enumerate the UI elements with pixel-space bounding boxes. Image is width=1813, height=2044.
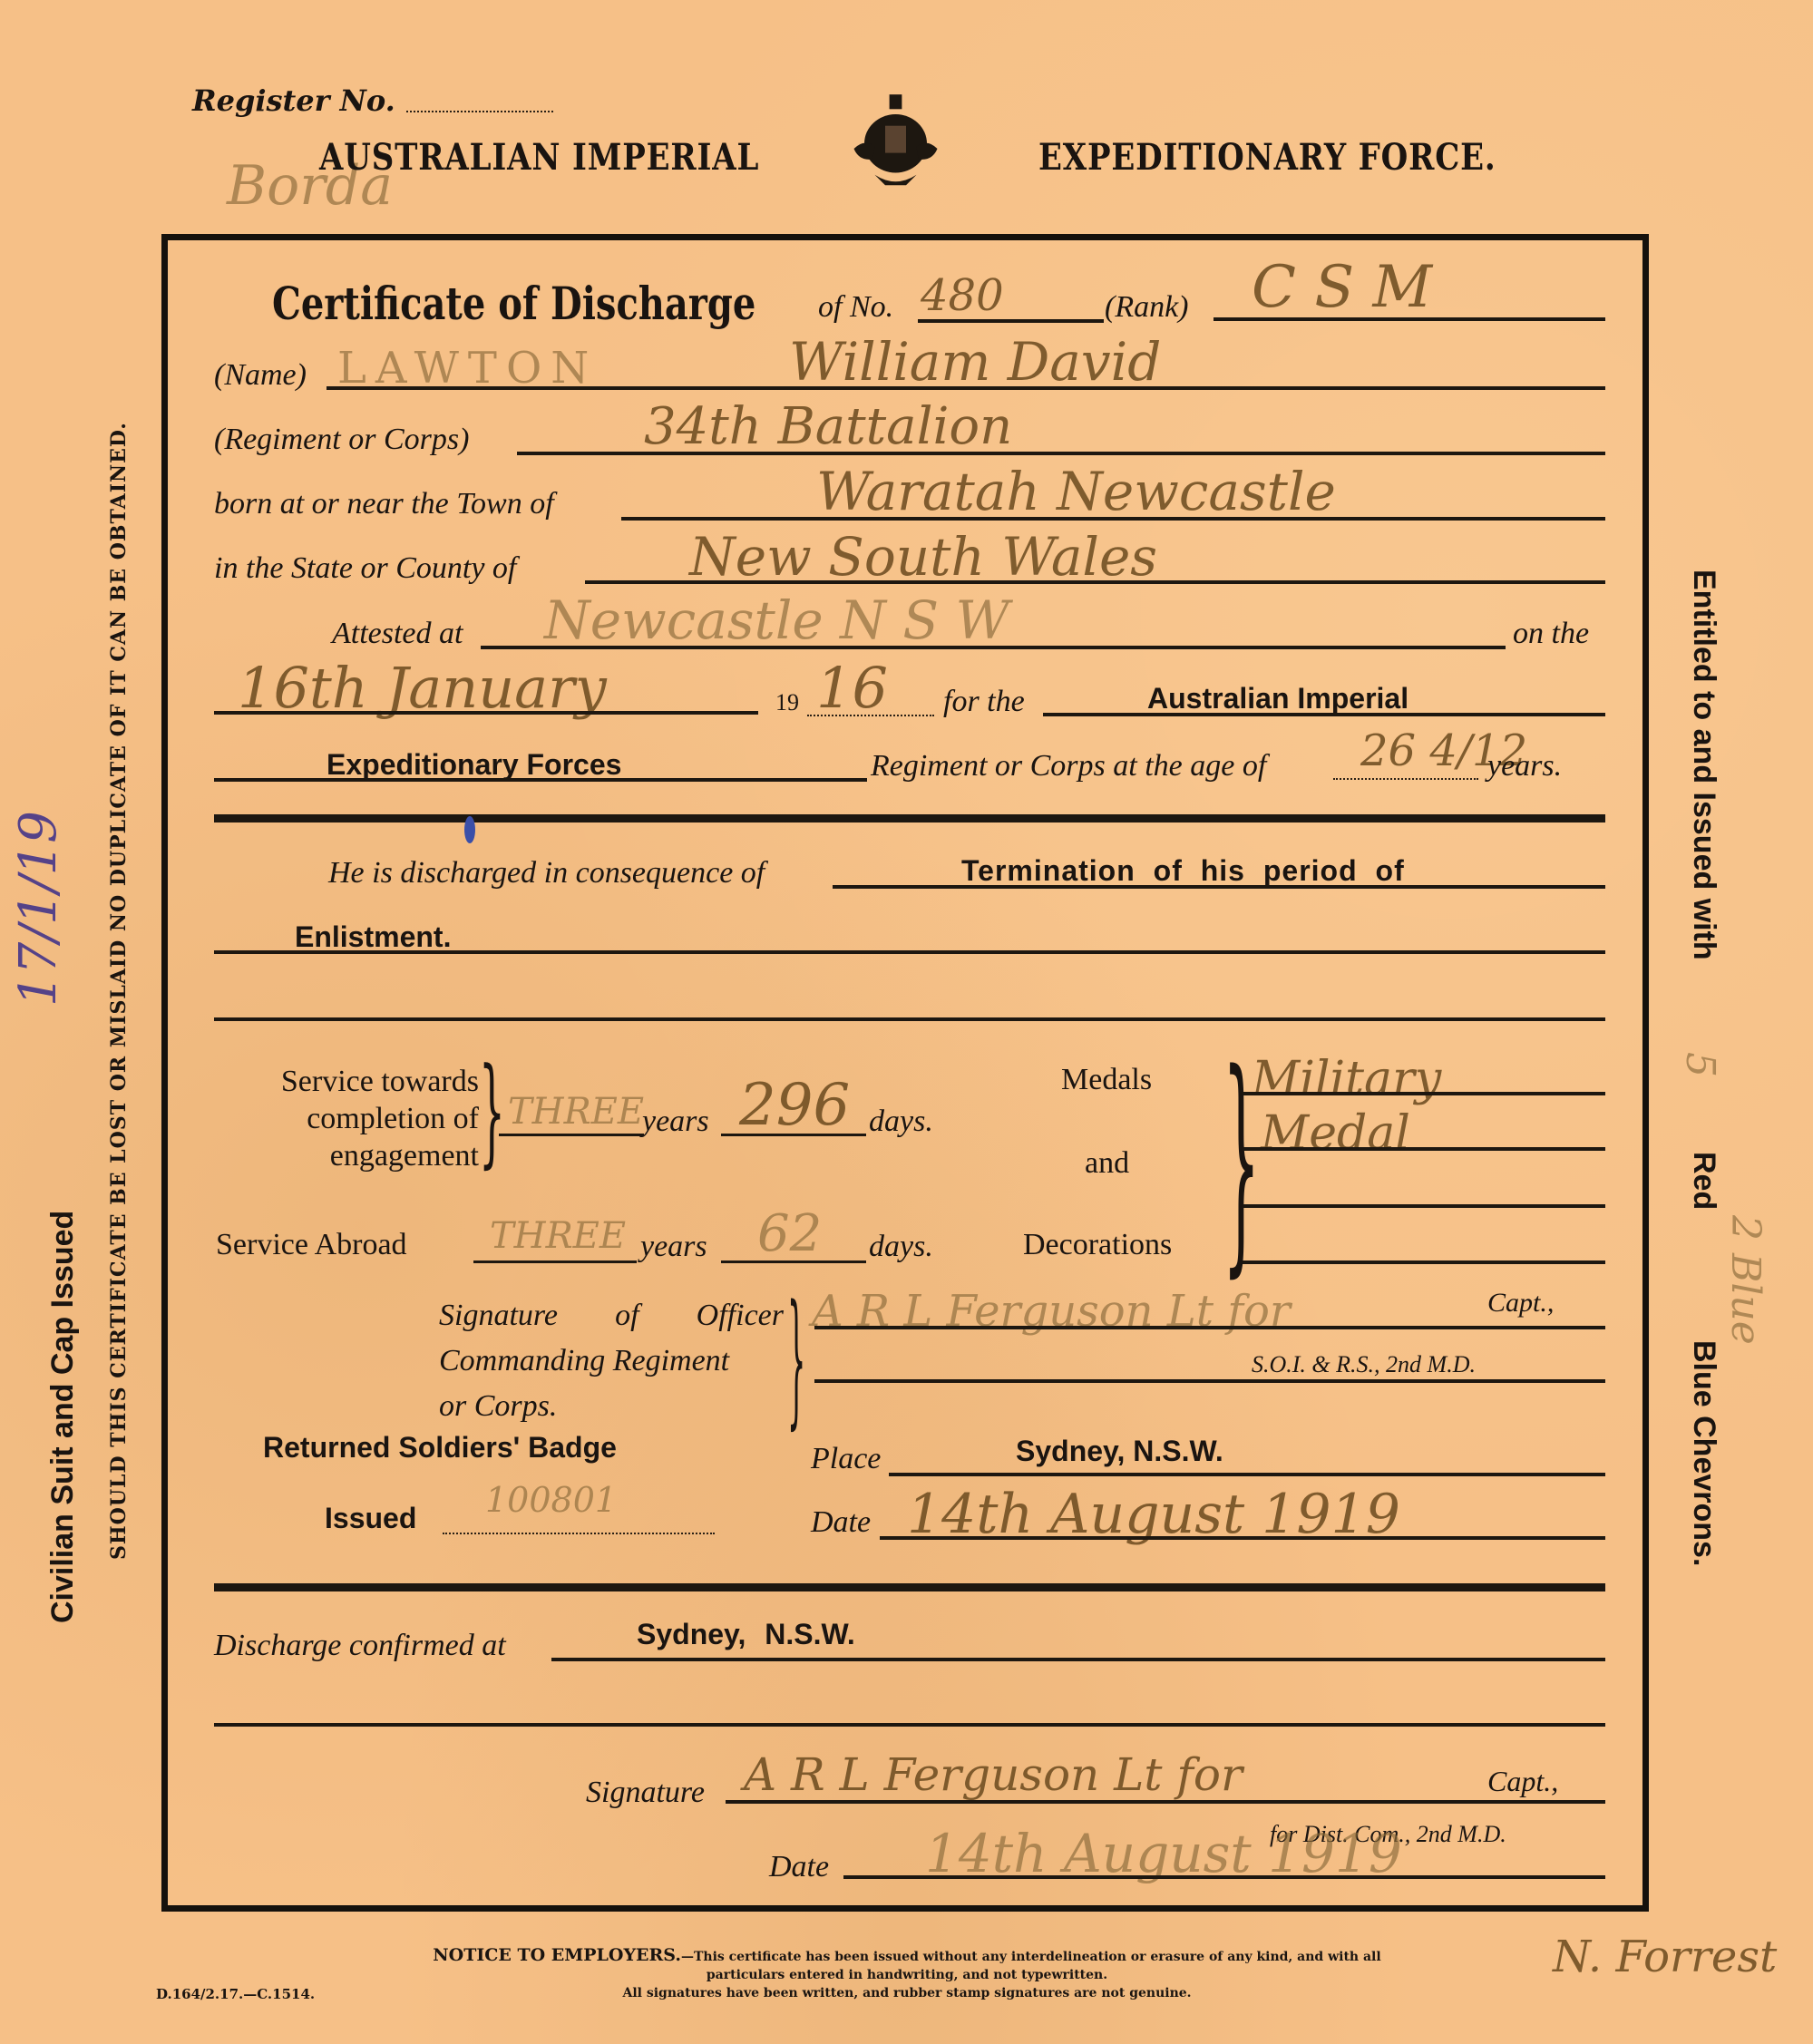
handwritten-left-date: 17/1/19 <box>9 811 68 1007</box>
notice-text-3: All signatures have been written, and ru… <box>272 1984 1542 2002</box>
officer-capt: Capt., <box>1487 1288 1554 1319</box>
service-towards-line-3: engagement <box>216 1137 479 1174</box>
red-label: Red <box>1686 1152 1721 1210</box>
section-divider <box>214 814 1605 822</box>
title-left: AUSTRALIAN IMPERIAL <box>319 136 759 179</box>
days-word-2: days. <box>869 1230 933 1264</box>
state-label: in the State or County of <box>214 551 516 586</box>
confirm-date-label: Date <box>769 1850 829 1884</box>
blue-chevron-count: 2 Blue <box>1722 1215 1769 1345</box>
civilian-suit-label: Civilian Suit and Cap Issued <box>45 1211 81 1623</box>
rank-value: C S M <box>1252 254 1432 321</box>
section-divider-2 <box>214 1583 1605 1591</box>
days-word: days. <box>869 1105 933 1139</box>
force-line-1: Australian Imperial <box>1147 682 1408 715</box>
of-no-label: of No. <box>818 290 893 325</box>
service-abroad-years: THREE <box>490 1215 626 1257</box>
years-label: years. <box>1487 749 1562 784</box>
certificate-title: Certificate of Discharge <box>272 277 755 330</box>
register-label: Register No. <box>192 83 395 118</box>
officer-label-line-2: Commanding Regiment <box>439 1338 784 1384</box>
confirm-signature: A R L Ferguson Lt for <box>744 1748 1243 1801</box>
officer-signature-label: Signature of Officer Commanding Regiment… <box>439 1293 784 1429</box>
medals-and-label: and <box>1085 1146 1129 1181</box>
medal-entry-1: Military <box>1252 1052 1441 1106</box>
discharge-reason-label: He is discharged in consequence of <box>328 856 765 891</box>
officer-label-line-3: or Corps. <box>439 1384 784 1429</box>
notice-heading: NOTICE TO EMPLOYERS. <box>433 1945 681 1965</box>
badge-issued-label: Issued <box>325 1502 416 1535</box>
officer-bracket: } <box>787 1286 805 1431</box>
born-town: Waratah Newcastle <box>816 461 1336 522</box>
title-right: EXPEDITIONARY FORCE. <box>1038 136 1496 179</box>
confirmed-label: Discharge confirmed at <box>214 1629 506 1663</box>
place-date-label: Date <box>811 1505 871 1540</box>
name-label: (Name) <box>214 358 307 393</box>
attested-label: Attested at <box>332 617 463 651</box>
service-towards-line-1: Service towards <box>216 1063 479 1100</box>
medals-label: Medals <box>1061 1063 1152 1097</box>
service-number: 480 <box>921 270 1004 321</box>
discharge-reason-line-2: Enlistment. <box>295 920 451 954</box>
born-label: born at or near the Town of <box>214 487 554 521</box>
service-abroad-days: 62 <box>757 1204 822 1263</box>
notice-text-1: —This certificate has been issued withou… <box>681 1950 1381 1964</box>
service-towards-line-2: completion of <box>216 1100 479 1137</box>
year-suffix: 16 <box>816 655 888 721</box>
rank-label: (Rank) <box>1105 290 1189 325</box>
age-label: Regiment or Corps at the age of <box>871 749 1266 784</box>
years-word-2: years <box>640 1230 707 1264</box>
regiment-value: 34th Battalion <box>644 397 1012 456</box>
blue-chevrons-label: Blue Chevrons. <box>1686 1340 1721 1566</box>
entitled-label: Entitled to and Issued with <box>1686 569 1721 960</box>
badge-label: Returned Soldiers' Badge <box>263 1431 617 1465</box>
regiment-label: (Regiment or Corps) <box>214 423 469 457</box>
service-abroad-label: Service Abroad <box>216 1228 407 1262</box>
state-value: New South Wales <box>689 526 1157 588</box>
place-value: Sydney, N.S.W. <box>1016 1435 1223 1468</box>
handwritten-forrest: N. Forrest <box>1553 1932 1777 1982</box>
form-code: D.164/2.17.—C.1514. <box>156 1986 315 2002</box>
badge-number: 100801 <box>485 1480 617 1520</box>
force-line-2: Expeditionary Forces <box>327 748 621 782</box>
officer-label-line-1: Signature of Officer <box>439 1293 784 1338</box>
service-towards-label: Service towards completion of engagement <box>216 1063 479 1174</box>
lost-certificate-warning: SHOULD THIS CERTIFICATE BE LOST OR MISLA… <box>107 422 131 1560</box>
discharge-reason-line-1: Termination of his period of <box>961 854 1405 888</box>
ink-blot <box>464 816 475 843</box>
given-names: William David <box>789 331 1161 393</box>
place-label: Place <box>811 1442 881 1476</box>
year-prefix: 19 <box>775 689 799 716</box>
service-towards-days: 296 <box>739 1072 850 1139</box>
for-the-label: for the <box>943 685 1025 719</box>
years-word: years <box>642 1105 709 1139</box>
medal-entry-2: Medal <box>1261 1106 1410 1161</box>
red-chevron-count: 5 <box>1677 1052 1723 1077</box>
bracket: } <box>479 1052 505 1170</box>
decorations-label: Decorations <box>1023 1228 1172 1262</box>
officer-unit: S.O.I. & R.S., 2nd M.D. <box>1252 1351 1476 1378</box>
notice-block: NOTICE TO EMPLOYERS.—This certificate ha… <box>272 1946 1542 2002</box>
on-the-label: on the <box>1513 617 1589 651</box>
attested-place: Newcastle N S W <box>544 589 1009 651</box>
register-number-field <box>406 111 553 112</box>
confirm-signature-label: Signature <box>586 1776 705 1810</box>
notice-line-1: NOTICE TO EMPLOYERS.—This certificate ha… <box>272 1946 1542 1966</box>
service-towards-years: THREE <box>508 1091 644 1133</box>
coat-of-arms-icon <box>843 86 948 190</box>
notice-text-2: particulars entered in handwriting, and … <box>272 1966 1542 1984</box>
confirm-capt: Capt., <box>1487 1765 1558 1798</box>
confirmed-value: Sydney, N.S.W. <box>637 1618 855 1651</box>
